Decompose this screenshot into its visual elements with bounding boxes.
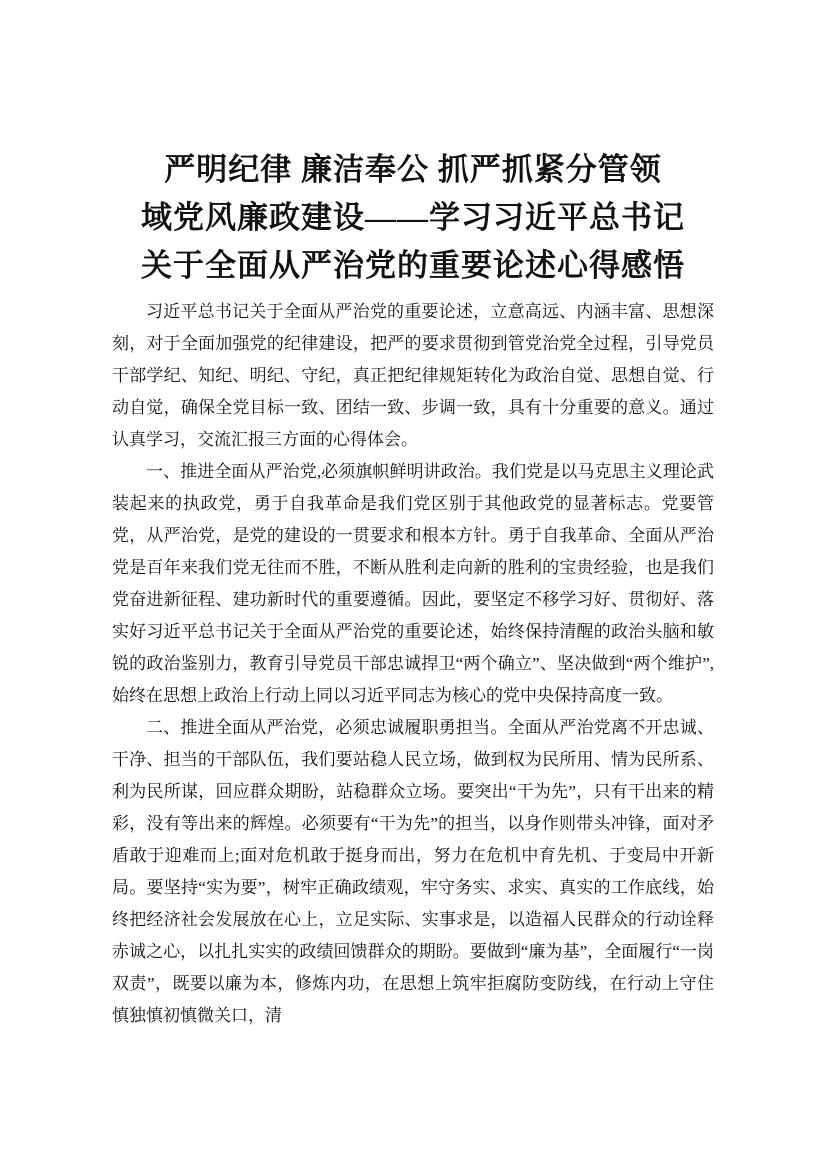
title-line-1: 严明纪律 廉洁奉公 抓严抓紧分管领 [112, 146, 714, 194]
title-line-3: 关于全面从严治党的重要论述心得感悟 [112, 242, 714, 290]
document-page: 严明纪律 廉洁奉公 抓严抓紧分管领 域党风廉政建设——学习习近平总书记 关于全面… [0, 0, 826, 1165]
body-paragraph-point-2: 二、推进全面从严治党，必须忠诚履职勇担当。全面从严治党离不开忠诚、干净、担当的干… [112, 712, 714, 1032]
title-line-2: 域党风廉政建设——学习习近平总书记 [112, 194, 714, 242]
body-paragraph-intro: 习近平总书记关于全面从严治党的重要论述，立意高远、内涵丰富、思想深刻，对于全面加… [112, 296, 714, 456]
body-paragraph-point-1: 一、推进全面从严治党,必须旗帜鲜明讲政治。我们党是以马克思主义理论武装起来的执政… [112, 456, 714, 712]
document-title: 严明纪律 廉洁奉公 抓严抓紧分管领 域党风廉政建设——学习习近平总书记 关于全面… [112, 146, 714, 290]
document-body: 习近平总书记关于全面从严治党的重要论述，立意高远、内涵丰富、思想深刻，对于全面加… [112, 296, 714, 1032]
